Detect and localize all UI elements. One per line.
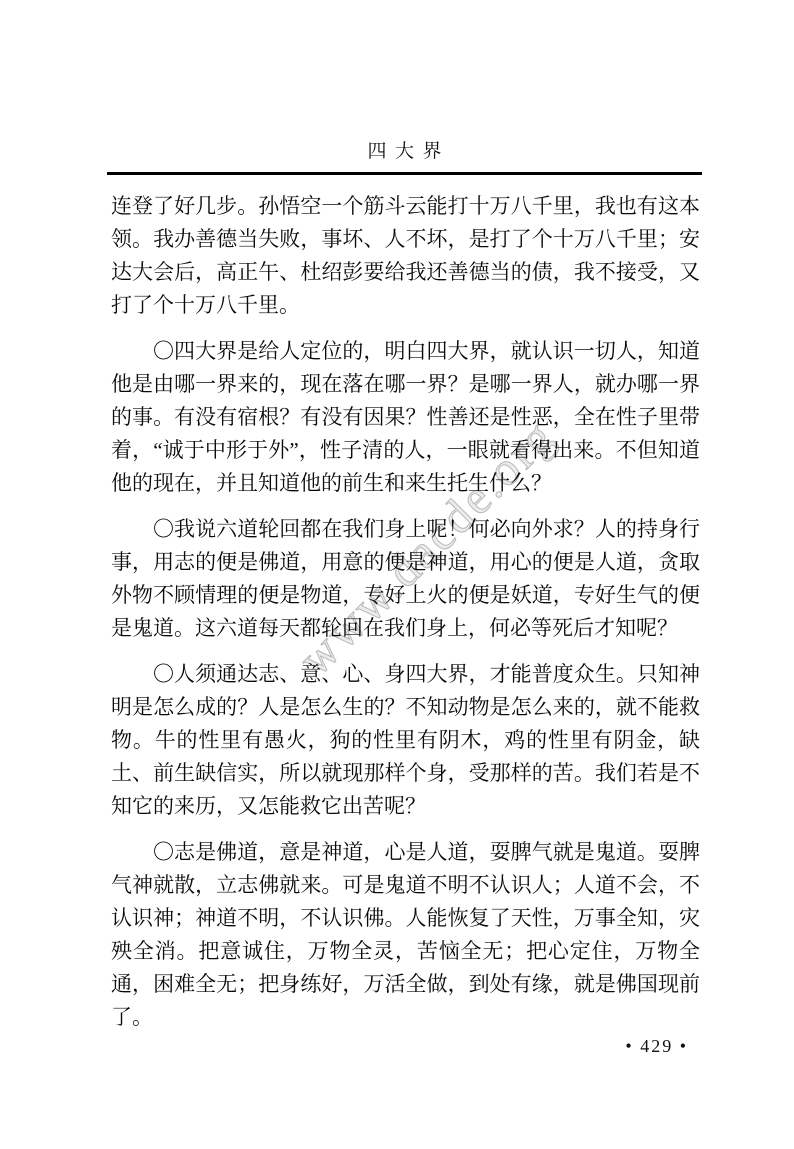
header-divider-rule [107,172,702,175]
paragraph: 〇志是佛道，意是神道，心是人道，耍脾气就是鬼道。耍脾气神就散，立志佛就来。可是鬼… [111,836,700,1034]
paragraph: 〇四大界是给人定位的，明白四大界，就认识一切人，知道他是由哪一界来的，现在落在哪… [111,335,700,500]
paragraph: 〇人须通达志、意、心、身四大界，才能普度众生。只知神明是怎么成的？人是怎么生的？… [111,658,700,823]
body-text: 连登了好几步。孙悟空一个筋斗云能打十万八千里，我也有这本领。我办善德当失败，事坏… [111,190,700,1047]
page-header-title: 四大界 [107,136,702,163]
paragraph-continuation: 连登了好几步。孙悟空一个筋斗云能打十万八千里，我也有这本领。我办善德当失败，事坏… [111,190,700,322]
book-page: 四大界 www.dacde.org 连登了好几步。孙悟空一个筋斗云能打十万八千里… [0,0,794,1149]
paragraph: 〇我说六道轮回都在我们身上呢！何必向外求？人的持身行事，用志的便是佛道，用意的便… [111,513,700,645]
page-number: • 429 • [625,1036,688,1057]
